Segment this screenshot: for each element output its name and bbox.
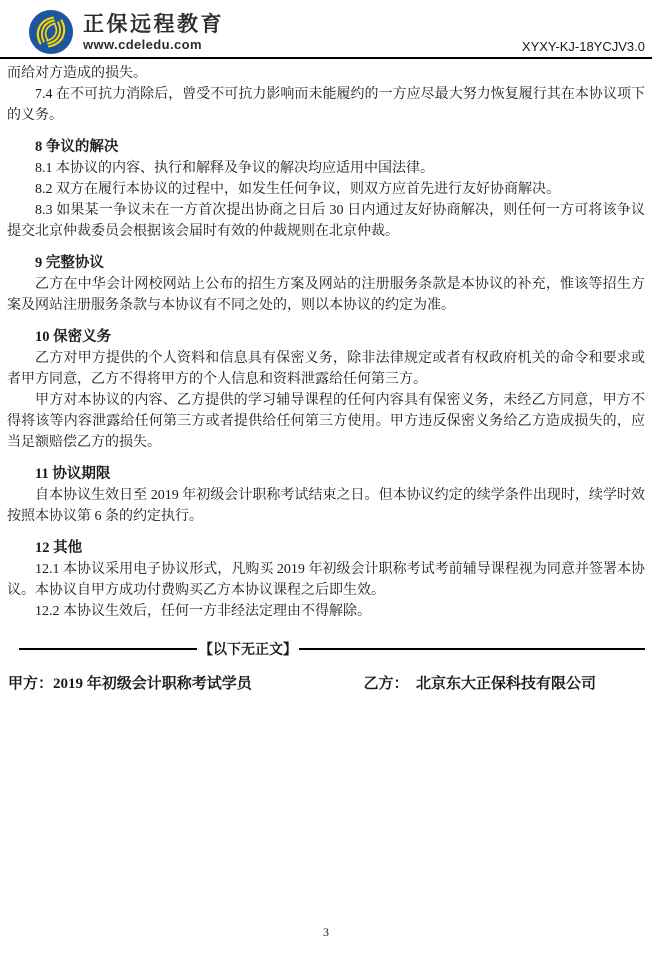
no-more-text-divider: 【以下无正文】 bbox=[19, 639, 645, 659]
party-b: 乙方： 北京东大正保科技有限公司 bbox=[363, 672, 596, 693]
document-code: XYXY-KJ-18YCJV3.0 bbox=[522, 39, 645, 55]
section-heading: 8 争议的解决 bbox=[7, 137, 645, 158]
page-number: 3 bbox=[0, 925, 652, 940]
paragraph: 乙方对甲方提供的个人资料和信息具有保密义务，除非法律规定或者有权政府机关的命令和… bbox=[7, 348, 645, 390]
paragraph: 而给对方造成的损失。 bbox=[7, 63, 645, 84]
brand-text-block: 正保远程教育 www.cdeledu.com bbox=[83, 13, 224, 52]
divider-line-left bbox=[19, 648, 197, 650]
paragraph: 8.3 如果某一争议未在一方首次提出协商之日后 30 日内通过友好协商解决，则任… bbox=[7, 200, 645, 242]
paragraph: 7.4 在不可抗力消除后，曾受不可抗力影响而未能履约的一方应尽最大努力恢复履行其… bbox=[7, 84, 645, 126]
paragraph: 甲方对本协议的内容、乙方提供的学习辅导课程的任何内容具有保密义务，未经乙方同意，… bbox=[7, 390, 645, 453]
contract-page: 正保远程教育 www.cdeledu.com XYXY-KJ-18YCJV3.0… bbox=[0, 0, 652, 954]
brand-logo: 正保远程教育 www.cdeledu.com bbox=[28, 9, 224, 55]
document-body: 而给对方造成的损失。7.4 在不可抗力消除后，曾受不可抗力影响而未能履约的一方应… bbox=[0, 59, 652, 622]
party-a: 甲方：2019 年初级会计职称考试学员 bbox=[8, 672, 252, 693]
section-heading: 10 保密义务 bbox=[7, 327, 645, 348]
brand-url: www.cdeledu.com bbox=[83, 37, 224, 52]
paragraph: 自本协议生效日至 2019 年初级会计职称考试结束之日。但本协议约定的续学条件出… bbox=[7, 485, 645, 527]
divider-label: 【以下无正文】 bbox=[197, 639, 299, 659]
swirl-globe-icon bbox=[28, 9, 74, 55]
section-heading: 12 其他 bbox=[7, 538, 645, 559]
section-heading: 9 完整协议 bbox=[7, 253, 645, 274]
divider-line-right bbox=[299, 648, 645, 650]
paragraph: 8.1 本协议的内容、执行和解释及争议的解决均应适用中国法律。 bbox=[7, 158, 645, 179]
section-heading: 11 协议期限 bbox=[7, 464, 645, 485]
brand-name: 正保远程教育 bbox=[83, 13, 224, 37]
paragraph: 12.1 本协议采用电子协议形式，凡购买 2019 年初级会计职称考试考前辅导课… bbox=[7, 559, 645, 601]
paragraph: 8.2 双方在履行本协议的过程中，如发生任何争议，则双方应首先进行友好协商解决。 bbox=[7, 179, 645, 200]
page-header: 正保远程教育 www.cdeledu.com XYXY-KJ-18YCJV3.0 bbox=[0, 0, 652, 59]
paragraph: 乙方在中华会计网校网站上公布的招生方案及网站的注册服务条款是本协议的补充，惟该等… bbox=[7, 274, 645, 316]
paragraph: 12.2 本协议生效后，任何一方非经法定理由不得解除。 bbox=[7, 601, 645, 622]
signature-parties: 甲方：2019 年初级会计职称考试学员 乙方： 北京东大正保科技有限公司 bbox=[0, 672, 652, 693]
